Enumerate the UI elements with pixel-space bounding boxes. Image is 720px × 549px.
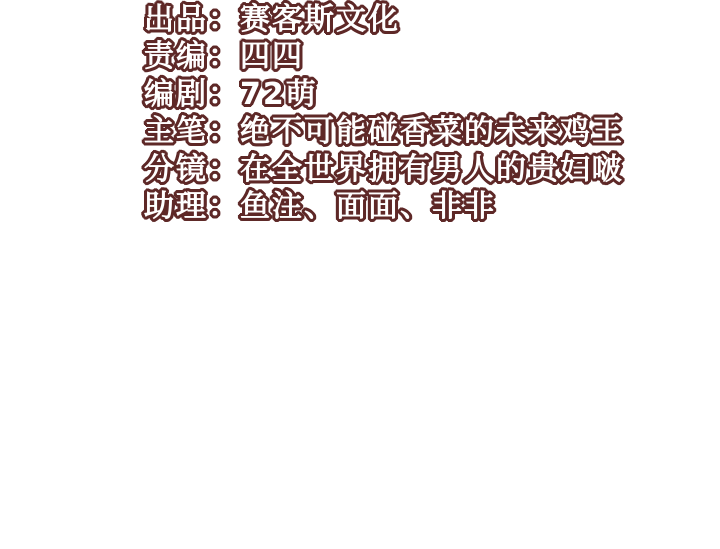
credit-label: 助理 bbox=[144, 189, 208, 224]
credit-value: 赛客斯文化 bbox=[240, 2, 400, 37]
credit-colon: ： bbox=[208, 39, 240, 74]
credit-value: 鱼注、面面、非非 bbox=[240, 189, 496, 224]
credit-line-editor: 责编：四四 bbox=[144, 38, 624, 75]
credit-value: 四四 bbox=[240, 39, 304, 74]
credit-colon: ： bbox=[208, 2, 240, 37]
credit-line-producer: 出品：赛客斯文化 bbox=[144, 1, 624, 38]
credit-label: 出品 bbox=[144, 2, 208, 37]
credit-label: 编剧 bbox=[144, 77, 208, 112]
credit-value: 在全世界拥有男人的贵妇啵 bbox=[240, 152, 624, 187]
credit-colon: ： bbox=[208, 114, 240, 149]
credit-value: 72萌 bbox=[240, 77, 318, 112]
credit-value: 绝不可能碰香菜的未来鸡王 bbox=[240, 114, 624, 149]
credit-label: 责编 bbox=[144, 39, 208, 74]
credit-colon: ： bbox=[208, 152, 240, 187]
credit-colon: ： bbox=[208, 189, 240, 224]
credit-label: 分镜 bbox=[144, 152, 208, 187]
credit-label: 主笔 bbox=[144, 114, 208, 149]
credits-page: 出品：赛客斯文化 责编：四四 编剧：72萌 主笔：绝不可能碰香菜的未来鸡王 分镜… bbox=[144, 1, 624, 225]
credit-line-assistants: 助理：鱼注、面面、非非 bbox=[144, 188, 624, 225]
credit-line-screenwriter: 编剧：72萌 bbox=[144, 76, 624, 113]
credit-colon: ： bbox=[208, 77, 240, 112]
credit-line-lead-artist: 主笔：绝不可能碰香菜的未来鸡王 bbox=[144, 113, 624, 150]
credit-line-storyboard: 分镜：在全世界拥有男人的贵妇啵 bbox=[144, 151, 624, 188]
